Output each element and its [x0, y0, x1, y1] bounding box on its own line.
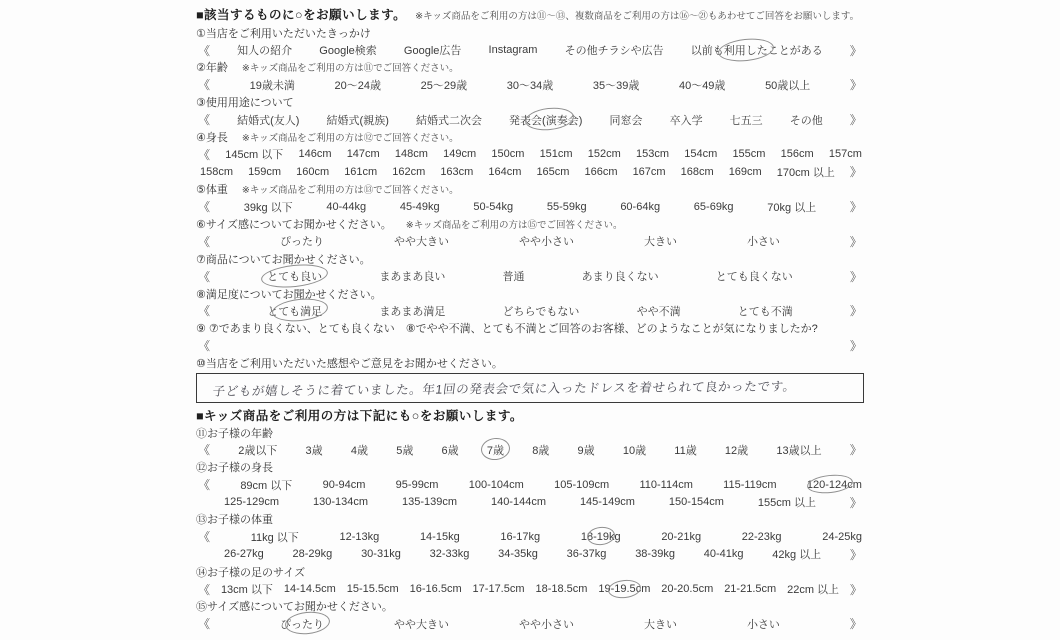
question-7-options-line-1: 《とても良いまあまあ良い普通あまり良くないとても良くない》: [196, 267, 864, 284]
option: とても良い: [267, 268, 322, 284]
question-label: ⑪お子様の年齢: [196, 425, 273, 441]
option: 158cm: [200, 166, 233, 178]
option: 14-15kg: [420, 531, 460, 543]
option: 3歳: [306, 442, 323, 458]
question-note: ※キッズ商品をご利用の方は⑪でご回答ください。: [242, 60, 459, 74]
option: まあまあ満足: [379, 303, 445, 319]
question-5: ⑤体重※キッズ商品をご利用の方は⑬でご回答ください。《39kg 以下40-44k…: [196, 181, 864, 216]
kids-questions: ⑪お子様の年齢《2歳以下3歳4歳5歳6歳7歳8歳9歳10歳11歳12歳13歳以上…: [196, 424, 864, 633]
option: 12歳: [725, 442, 748, 458]
option: 65-69kg: [694, 201, 734, 213]
option: とても良くない: [716, 268, 793, 284]
option: 40-41kg: [704, 548, 744, 560]
option: その他チラシや広告: [565, 42, 664, 58]
option: 七五三: [730, 112, 763, 128]
answer-bracket: 《: [198, 581, 210, 598]
answer-bracket: 》: [850, 42, 862, 59]
option: 38-39kg: [635, 548, 675, 560]
answer-bracket: 》: [850, 111, 862, 128]
question-3: ③使用用途について《結婚式(友人)結婚式(親族)結婚式二次会発表会(演奏会)同窓…: [196, 94, 864, 129]
answer-bracket: 》: [850, 198, 862, 215]
option: 小さい: [747, 233, 780, 249]
option: 12-13kg: [339, 531, 379, 543]
handdrawn-circle-mark: 利用した: [724, 42, 768, 58]
handwritten-comment-box: 子どもが嬉しそうに着ていました。年1回の発表会で気に入ったドレスを着せられて良か…: [196, 373, 864, 403]
question-1-label-line: ①当店をご利用いただいたきっかけ: [196, 24, 864, 41]
option: 6歳: [442, 442, 459, 458]
option: 結婚式二次会: [416, 112, 482, 128]
question-label: ⑥サイズ感についてお聞かせください。: [196, 216, 392, 232]
option: 148cm: [395, 148, 428, 160]
option: 18-18.5cm: [535, 583, 587, 595]
option: 167cm: [633, 166, 666, 178]
option: 21-21.5cm: [724, 583, 776, 595]
option: 150-154cm: [669, 496, 724, 508]
option: どちらでもない: [503, 303, 580, 319]
option: 卒入学: [670, 112, 703, 128]
option: 155cm 以上: [758, 494, 816, 510]
handdrawn-circle-mark: ったり: [291, 616, 324, 632]
answer-bracket: 》: [850, 581, 862, 598]
option: 157cm: [829, 148, 862, 160]
option: 36-37kg: [567, 548, 607, 560]
option: 156cm: [781, 148, 814, 160]
option: 42kg 以上: [772, 546, 821, 562]
question-12: ⑫お子様の身長《89cm 以下90-94cm95-99cm100-104cm10…: [196, 459, 864, 511]
question-14-options-line-1: 《13cm 以下14-14.5cm15-15.5cm16-16.5cm17-17…: [196, 580, 864, 597]
option: 22-23kg: [742, 531, 782, 543]
answer-bracket: 》: [850, 615, 862, 632]
answer-bracket: 《: [198, 233, 210, 250]
question-2-label-line: ②年齢※キッズ商品をご利用の方は⑪でご回答ください。: [196, 59, 864, 76]
survey-content: ■該当するものに○をお願いします。 ※キッズ商品をご利用の方は⑪〜⑬、複数商品を…: [196, 5, 864, 633]
question-15-options-line-1: 《ぴったりやや大きいやや小さい大きい小さい》: [196, 615, 864, 632]
option: 169cm: [729, 166, 762, 178]
option: 60-64kg: [620, 201, 660, 213]
question-note: ※キッズ商品をご利用の方は⑬でご回答ください。: [242, 182, 459, 196]
answer-bracket: 》: [850, 268, 862, 285]
answer-bracket: 》: [850, 441, 862, 458]
question-11-label-line: ⑪お子様の年齢: [196, 424, 864, 441]
question-13-options-line-1: 《11kg 以下12-13kg14-15kg16-17kg18-19kg20-2…: [196, 528, 864, 545]
question-2-options-line-1: 《19歳未満20〜24歳25〜29歳30〜34歳35〜39歳40〜49歳50歳以…: [196, 76, 864, 93]
option: 16-16.5cm: [410, 583, 462, 595]
option: 知人の紹介: [237, 42, 292, 58]
option: 17-17.5cm: [473, 583, 525, 595]
option: 35〜39歳: [593, 77, 639, 93]
option: 26-27kg: [224, 548, 264, 560]
answer-bracket: 》: [850, 337, 862, 354]
option: 16-17kg: [500, 531, 540, 543]
option: 153cm: [636, 148, 669, 160]
option: 小さい: [747, 616, 780, 632]
question-4: ④身長※キッズ商品をご利用の方は⑫でご回答ください。《145cm 以下146cm…: [196, 128, 864, 180]
option: とても満足: [267, 303, 322, 319]
option: 40-44kg: [326, 201, 366, 213]
question-6-options-line-1: 《ぴったりやや大きいやや小さい大きい小さい》: [196, 233, 864, 250]
option: 135-139cm: [402, 496, 457, 508]
option: 14-14.5cm: [284, 583, 336, 595]
main-section-note: ※キッズ商品をご利用の方は⑪〜⑬、複数商品をご利用の方は⑯〜㉑もあわせてご回答を…: [415, 8, 859, 22]
option: 20-20.5cm: [661, 583, 713, 595]
answer-bracket: 》: [850, 233, 862, 250]
question-label: ②年齢: [196, 59, 228, 75]
answer-bracket: 《: [198, 268, 210, 285]
option: 28-29kg: [293, 548, 333, 560]
main-section-header: ■該当するものに○をお願いします。 ※キッズ商品をご利用の方は⑪〜⑬、複数商品を…: [196, 5, 864, 24]
option: 15-15.5cm: [347, 583, 399, 595]
answer-bracket: 《: [198, 76, 210, 93]
option: 39kg 以下: [244, 199, 293, 215]
answer-bracket: 《: [198, 528, 210, 545]
option: あまり良くない: [582, 268, 659, 284]
option: 25〜29歳: [421, 77, 467, 93]
option: 8歳: [532, 442, 549, 458]
question-label: ⑤体重: [196, 181, 228, 197]
handdrawn-circle-mark: 7歳: [487, 442, 504, 458]
question-9-options-line-1: 《》: [196, 337, 864, 354]
option: とても不満: [738, 303, 793, 319]
handdrawn-circle-mark: とても良い: [267, 268, 322, 284]
question-label: ①当店をご利用いただいたきっかけ: [196, 25, 371, 41]
option: 165cm: [536, 166, 569, 178]
option: 162cm: [392, 166, 425, 178]
option: 89cm 以下: [240, 477, 292, 493]
option: 149cm: [443, 148, 476, 160]
answer-bracket: 《: [198, 615, 210, 632]
option: 125-129cm: [224, 496, 279, 508]
option: 4歳: [351, 442, 368, 458]
question-11: ⑪お子様の年齢《2歳以下3歳4歳5歳6歳7歳8歳9歳10歳11歳12歳13歳以上…: [196, 424, 864, 459]
question-14: ⑭お子様の足のサイズ《13cm 以下14-14.5cm15-15.5cm16-1…: [196, 563, 864, 598]
option: 34-35kg: [498, 548, 538, 560]
main-section-title: ■該当するものに○をお願いします。: [196, 5, 406, 23]
option: 以前も利用したことがある: [691, 42, 823, 58]
question-10-label-line: ⑩当店をご利用いただいた感想やご意見をお聞かせください。: [196, 354, 864, 371]
option: 13cm 以下: [221, 581, 273, 597]
handdrawn-circle-mark: 19.5: [614, 583, 635, 595]
question-label: ⑩当店をご利用いただいた感想やご意見をお聞かせください。: [196, 355, 503, 371]
option: 同窓会: [609, 112, 642, 128]
option: 5歳: [396, 442, 413, 458]
question-3-label-line: ③使用用途について: [196, 94, 864, 111]
answer-bracket: 《: [198, 441, 210, 458]
question-9: ⑨ ⑦であまり良くない、とても良くない ⑧でやや不満、とても不満とご回答のお客様…: [196, 320, 864, 355]
option: 結婚式(親族): [327, 112, 389, 128]
kids-section-title: ■キッズ商品をご利用の方は下記にも○をお願いします。: [196, 406, 523, 424]
option: 130-134cm: [313, 496, 368, 508]
option: 155cm: [732, 148, 765, 160]
question-3-options-line-1: 《結婚式(友人)結婚式(親族)結婚式二次会発表会(演奏会)同窓会卒入学七五三その…: [196, 111, 864, 128]
answer-bracket: 《: [198, 337, 210, 354]
option: 9歳: [578, 442, 595, 458]
option: 70kg 以上: [767, 199, 816, 215]
option: 2歳以下: [238, 442, 277, 458]
option: 大きい: [644, 616, 677, 632]
question-6-label-line: ⑥サイズ感についてお聞かせください。※キッズ商品をご利用の方は⑮でご回答ください…: [196, 215, 864, 232]
option: 45-49kg: [400, 201, 440, 213]
question-4-label-line: ④身長※キッズ商品をご利用の方は⑫でご回答ください。: [196, 128, 864, 145]
question-label: ⑭お子様の足のサイズ: [196, 564, 305, 580]
option: 19歳未満: [250, 77, 295, 93]
option: まあまあ良い: [379, 268, 445, 284]
answer-bracket: 》: [850, 163, 862, 180]
option: ぴったり: [280, 233, 324, 249]
option: 147cm: [347, 148, 380, 160]
option: 146cm: [298, 148, 331, 160]
option: Google広告: [404, 42, 461, 58]
question-9-label-line: ⑨ ⑦であまり良くない、とても良くない ⑧でやや不満、とても不満とご回答のお客様…: [196, 320, 864, 337]
option: 19-19.5cm: [598, 583, 650, 595]
answer-bracket: 》: [850, 546, 862, 563]
question-13-options-line-2: 26-27kg28-29kg30-31kg32-33kg34-35kg36-37…: [196, 546, 864, 563]
question-10: ⑩当店をご利用いただいた感想やご意見をお聞かせください。子どもが嬉しそうに着てい…: [196, 354, 864, 402]
option: 7歳: [487, 442, 504, 458]
question-11-options-line-1: 《2歳以下3歳4歳5歳6歳7歳8歳9歳10歳11歳12歳13歳以上》: [196, 441, 864, 458]
question-4-options-line-1: 《145cm 以下146cm147cm148cm149cm150cm151cm1…: [196, 146, 864, 163]
option: 160cm: [296, 166, 329, 178]
option: その他: [790, 112, 823, 128]
question-13: ⑬お子様の体重《11kg 以下12-13kg14-15kg16-17kg18-1…: [196, 511, 864, 563]
question-5-options-line-1: 《39kg 以下40-44kg45-49kg50-54kg55-59kg60-6…: [196, 198, 864, 215]
option: 普通: [502, 268, 524, 284]
question-label: ⑮サイズ感についてお聞かせください。: [196, 598, 393, 614]
question-7: ⑦商品についてお聞かせください。《とても良いまあまあ良い普通あまり良くないとても…: [196, 250, 864, 285]
question-12-label-line: ⑫お子様の身長: [196, 459, 864, 476]
option: 40〜49歳: [679, 77, 725, 93]
option: ぴったり: [280, 616, 324, 632]
option: 18-19kg: [581, 531, 621, 543]
option: 145-149cm: [580, 496, 635, 508]
question-8-label-line: ⑧満足度についてお聞かせください。: [196, 285, 864, 302]
question-6: ⑥サイズ感についてお聞かせください。※キッズ商品をご利用の方は⑮でご回答ください…: [196, 215, 864, 250]
question-note: ※キッズ商品をご利用の方は⑮でご回答ください。: [406, 217, 623, 231]
answer-bracket: 《: [198, 302, 210, 319]
question-label: ⑬お子様の体重: [196, 511, 273, 527]
question-12-options-line-2: 125-129cm130-134cm135-139cm140-144cm145-…: [196, 493, 864, 510]
option: やや小さい: [519, 616, 574, 632]
option: 145cm 以下: [225, 146, 283, 162]
option: 大きい: [644, 233, 677, 249]
option: 20〜24歳: [335, 77, 381, 93]
option: 50歳以上: [765, 77, 810, 93]
option: やや大きい: [394, 616, 449, 632]
handdrawn-circle-mark: 会(演奏: [531, 112, 568, 128]
option: 32-33kg: [430, 548, 470, 560]
option: Instagram: [489, 44, 538, 56]
option: 164cm: [488, 166, 521, 178]
option: 161cm: [344, 166, 377, 178]
answer-bracket: 《: [198, 476, 210, 493]
option: やや小さい: [519, 233, 574, 249]
handdrawn-circle-mark: ても満足: [278, 303, 322, 319]
option: 50-54kg: [473, 201, 513, 213]
handwritten-comment: 子どもが嬉しそうに着ていました。年1回の発表会で気に入ったドレスを着せられて良か…: [212, 376, 797, 399]
kids-section-header: ■キッズ商品をご利用の方は下記にも○をお願いします。: [196, 406, 864, 424]
option: 170cm 以上: [777, 164, 835, 180]
option: やや不満: [637, 303, 681, 319]
handdrawn-circle-mark: 20-124: [813, 479, 847, 491]
option: 発表会(演奏会): [509, 112, 582, 128]
option: 151cm: [540, 148, 573, 160]
option: 11歳: [674, 442, 696, 458]
question-label: ⑦商品についてお聞かせください。: [196, 251, 371, 267]
question-1-options-line-1: 《知人の紹介Google検索Google広告Instagramその他チラシや広告…: [196, 41, 864, 58]
option: 150cm: [491, 148, 524, 160]
question-13-label-line: ⑬お子様の体重: [196, 511, 864, 528]
handdrawn-circle-mark: -19: [593, 531, 609, 543]
question-label: ⑨ ⑦であまり良くない、とても良くない ⑧でやや不満、とても不満とご回答のお客様…: [196, 320, 818, 336]
question-note: ※キッズ商品をご利用の方は⑫でご回答ください。: [242, 130, 459, 144]
option: 110-114cm: [639, 479, 692, 491]
option: 10歳: [623, 442, 646, 458]
option: 152cm: [588, 148, 621, 160]
answer-bracket: 》: [850, 494, 862, 511]
answer-bracket: 》: [850, 76, 862, 93]
question-14-label-line: ⑭お子様の足のサイズ: [196, 563, 864, 580]
option: 30〜34歳: [507, 77, 553, 93]
question-15: ⑮サイズ感についてお聞かせください。《ぴったりやや大きいやや小さい大きい小さい》: [196, 598, 864, 633]
option: 30-31kg: [361, 548, 401, 560]
question-8-options-line-1: 《とても満足まあまあ満足どちらでもないやや不満とても不満》: [196, 302, 864, 319]
option: 115-119cm: [723, 479, 776, 491]
option: 105-109cm: [554, 479, 609, 491]
option: 90-94cm: [323, 479, 366, 491]
option: 結婚式(友人): [237, 112, 299, 128]
option: 100-104cm: [469, 479, 524, 491]
option: 154cm: [684, 148, 717, 160]
scanned-survey-page: ■該当するものに○をお願いします。 ※キッズ商品をご利用の方は⑪〜⑬、複数商品を…: [0, 0, 1060, 640]
option: 22cm 以上: [787, 581, 839, 597]
option: 55-59kg: [547, 201, 587, 213]
question-label: ④身長: [196, 129, 228, 145]
option: 168cm: [681, 166, 714, 178]
answer-bracket: 《: [198, 146, 210, 163]
answer-bracket: 《: [198, 198, 210, 215]
question-2: ②年齢※キッズ商品をご利用の方は⑪でご回答ください。《19歳未満20〜24歳25…: [196, 59, 864, 94]
question-5-label-line: ⑤体重※キッズ商品をご利用の方は⑬でご回答ください。: [196, 181, 864, 198]
option: 20-21kg: [661, 531, 701, 543]
option: 11kg 以下: [251, 529, 299, 545]
option: 166cm: [585, 166, 618, 178]
option: 140-144cm: [491, 496, 546, 508]
option: 13歳以上: [776, 442, 821, 458]
question-7-label-line: ⑦商品についてお聞かせください。: [196, 250, 864, 267]
question-8: ⑧満足度についてお聞かせください。《とても満足まあまあ満足どちらでもないやや不満…: [196, 285, 864, 320]
option: やや大きい: [394, 233, 449, 249]
option: 95-99cm: [396, 479, 439, 491]
question-label: ③使用用途について: [196, 94, 294, 110]
answer-bracket: 《: [198, 111, 210, 128]
option: 120-124cm: [807, 479, 862, 491]
question-1: ①当店をご利用いただいたきっかけ《知人の紹介Google検索Google広告In…: [196, 24, 864, 59]
question-12-options-line-1: 《89cm 以下90-94cm95-99cm100-104cm105-109cm…: [196, 476, 864, 493]
option: Google検索: [319, 42, 376, 58]
option: 159cm: [248, 166, 281, 178]
option: 24-25kg: [822, 531, 862, 543]
question-4-options-line-2: 158cm159cm160cm161cm162cm163cm164cm165cm…: [196, 163, 864, 180]
option: 163cm: [440, 166, 473, 178]
answer-bracket: 《: [198, 42, 210, 59]
question-15-label-line: ⑮サイズ感についてお聞かせください。: [196, 598, 864, 615]
answer-bracket: 》: [850, 302, 862, 319]
question-label: ⑫お子様の身長: [196, 459, 273, 475]
question-label: ⑧満足度についてお聞かせください。: [196, 286, 382, 302]
main-questions: ①当店をご利用いただいたきっかけ《知人の紹介Google検索Google広告In…: [196, 24, 864, 403]
